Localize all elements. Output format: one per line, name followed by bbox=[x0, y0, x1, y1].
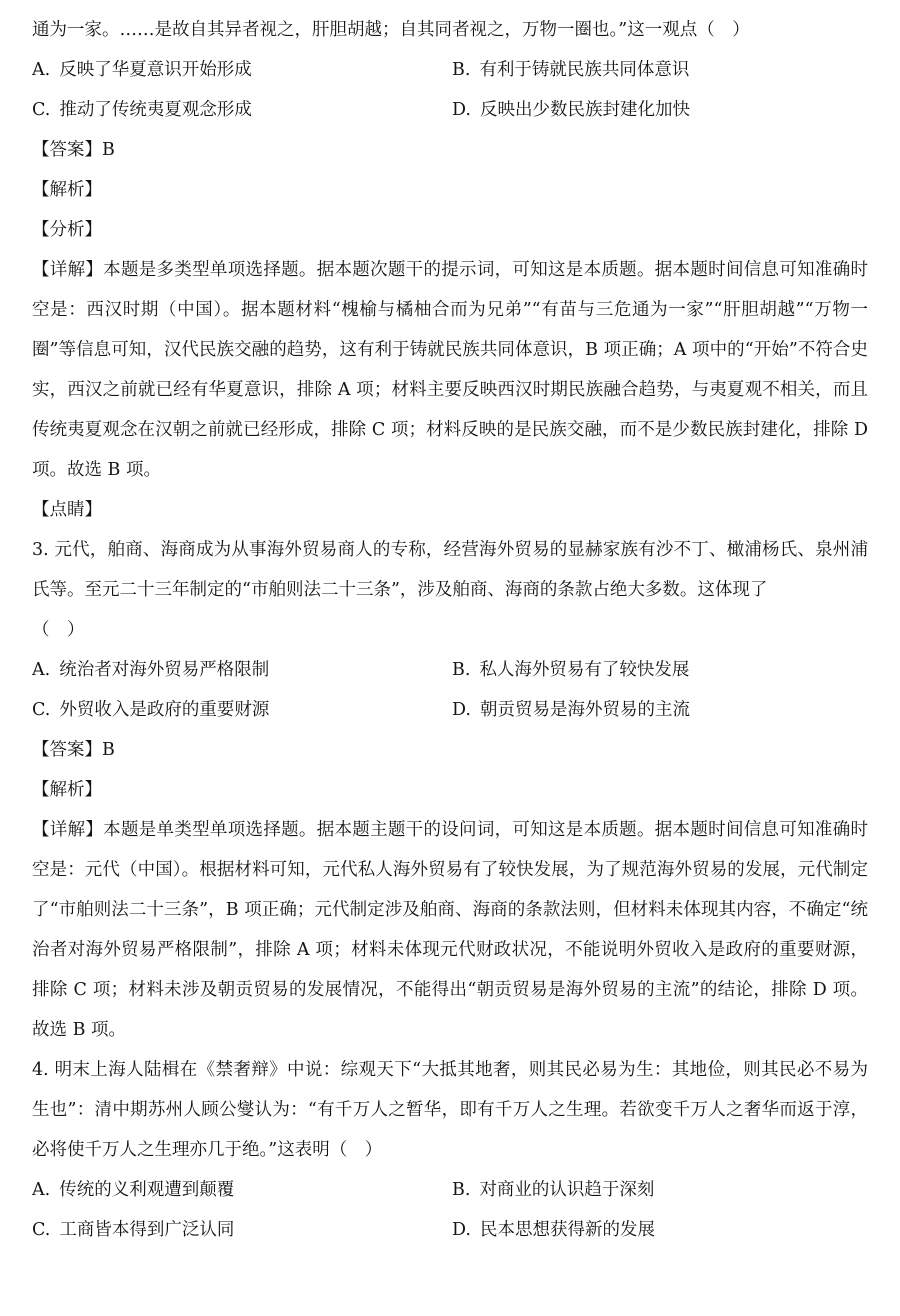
q4-stem: 4. 明末上海人陆楫在《禁奢辩》中说：综观天下“大抵其地奢，则其民必易为生：其地… bbox=[32, 1050, 868, 1170]
q2-option-d-text: 反映出少数民族封建化加快 bbox=[480, 90, 690, 130]
q4-options-row-2: C. 工商皆本得到广泛认同 D. 民本思想获得新的发展 bbox=[32, 1210, 868, 1250]
q3-option-c: C. 外贸收入是政府的重要财源 bbox=[32, 690, 452, 730]
q3-answer-line: 【答案】B bbox=[32, 730, 868, 770]
q2-dianjing-tag: 【点睛】 bbox=[32, 500, 102, 520]
q2-option-d: D. 反映出少数民族封建化加快 bbox=[452, 90, 690, 130]
q3-options-row-1: A. 统治者对海外贸易严格限制 B. 私人海外贸易有了较快发展 bbox=[32, 650, 868, 690]
q2-jiexi-line: 【解析】 bbox=[32, 170, 868, 210]
q2-option-c-text: 推动了传统夷夏观念形成 bbox=[59, 90, 252, 130]
q3-option-d: D. 朝贡贸易是海外贸易的主流 bbox=[452, 690, 690, 730]
q3-option-c-text: 外贸收入是政府的重要财源 bbox=[59, 690, 269, 730]
q4-option-c-label: C. bbox=[32, 1210, 50, 1250]
q3-option-d-text: 朝贡贸易是海外贸易的主流 bbox=[480, 690, 690, 730]
q4-options-row-1: A. 传统的义利观遭到颠覆 B. 对商业的认识趋于深刻 bbox=[32, 1170, 868, 1210]
q2-options-row-2: C. 推动了传统夷夏观念形成 D. 反映出少数民族封建化加快 bbox=[32, 90, 868, 130]
q4-option-d: D. 民本思想获得新的发展 bbox=[452, 1210, 655, 1250]
q2-detail-paragraph: 【详解】本题是多类型单项选择题。据本题次题干的提示词，可知这是本质题。据本题时间… bbox=[32, 250, 868, 490]
q3-jiexi-tag: 【解析】 bbox=[32, 780, 102, 800]
q2-option-a: A. 反映了华夏意识开始形成 bbox=[32, 50, 452, 90]
q4-option-d-text: 民本思想获得新的发展 bbox=[480, 1210, 655, 1250]
q3-stem: 3. 元代，舶商、海商成为从事海外贸易商人的专称，经营海外贸易的显赫家族有沙不丁… bbox=[32, 530, 868, 610]
q2-option-a-text: 反映了华夏意识开始形成 bbox=[59, 50, 252, 90]
q3-paren-blank: （ ） bbox=[32, 610, 868, 650]
q4-option-b: B. 对商业的认识趋于深刻 bbox=[452, 1170, 654, 1210]
q3-option-b-text: 私人海外贸易有了较快发展 bbox=[479, 650, 689, 690]
q3-answer-value: B bbox=[102, 740, 115, 760]
q2-options-row-1: A. 反映了华夏意识开始形成 B. 有利于铸就民族共同体意识 bbox=[32, 50, 868, 90]
q4-option-a: A. 传统的义利观遭到颠覆 bbox=[32, 1170, 452, 1210]
q3-option-a-label: A. bbox=[32, 650, 50, 690]
q2-option-b-text: 有利于铸就民族共同体意识 bbox=[479, 50, 689, 90]
q4-option-d-label: D. bbox=[452, 1210, 471, 1250]
q3-option-a-text: 统治者对海外贸易严格限制 bbox=[59, 650, 269, 690]
q2-option-c: C. 推动了传统夷夏观念形成 bbox=[32, 90, 452, 130]
q4-option-c-text: 工商皆本得到广泛认同 bbox=[59, 1210, 234, 1250]
q2-fenxi-tag: 【分析】 bbox=[32, 220, 102, 240]
exam-document-page: 通为一家。……是故自其异者视之，肝胆胡越；自其同者视之，万物一圈也。”这一观点（… bbox=[0, 0, 900, 1316]
q2-option-a-label: A. bbox=[32, 50, 50, 90]
q3-detail-paragraph: 【详解】本题是单类型单项选择题。据本题主题干的设问词，可知这是本质题。据本题时间… bbox=[32, 810, 868, 1050]
q2-answer-value: B bbox=[102, 140, 115, 160]
q4-option-b-label: B. bbox=[452, 1170, 470, 1210]
q4-option-a-label: A. bbox=[32, 1170, 50, 1210]
q3-option-a: A. 统治者对海外贸易严格限制 bbox=[32, 650, 452, 690]
q3-option-c-label: C. bbox=[32, 690, 50, 730]
q3-jiexi-line: 【解析】 bbox=[32, 770, 868, 810]
q2-fenxi-line: 【分析】 bbox=[32, 210, 868, 250]
q2-option-c-label: C. bbox=[32, 90, 50, 130]
q2-option-b: B. 有利于铸就民族共同体意识 bbox=[452, 50, 689, 90]
q3-option-d-label: D. bbox=[452, 690, 471, 730]
q3-option-b-label: B. bbox=[452, 650, 470, 690]
q4-option-a-text: 传统的义利观遭到颠覆 bbox=[59, 1170, 234, 1210]
q2-option-b-label: B. bbox=[452, 50, 470, 90]
q2-dianjing-line: 【点睛】 bbox=[32, 490, 868, 530]
q3-option-b: B. 私人海外贸易有了较快发展 bbox=[452, 650, 689, 690]
q2-jiexi-tag: 【解析】 bbox=[32, 180, 102, 200]
q2-answer-line: 【答案】B bbox=[32, 130, 868, 170]
q4-option-c: C. 工商皆本得到广泛认同 bbox=[32, 1210, 452, 1250]
q4-option-b-text: 对商业的认识趋于深刻 bbox=[479, 1170, 654, 1210]
q2-option-d-label: D. bbox=[452, 90, 471, 130]
q3-answer-tag: 【答案】 bbox=[32, 740, 102, 760]
q3-options-row-2: C. 外贸收入是政府的重要财源 D. 朝贡贸易是海外贸易的主流 bbox=[32, 690, 868, 730]
q2-stem-continuation: 通为一家。……是故自其异者视之，肝胆胡越；自其同者视之，万物一圈也。”这一观点（… bbox=[32, 10, 868, 50]
q2-answer-tag: 【答案】 bbox=[32, 140, 102, 160]
